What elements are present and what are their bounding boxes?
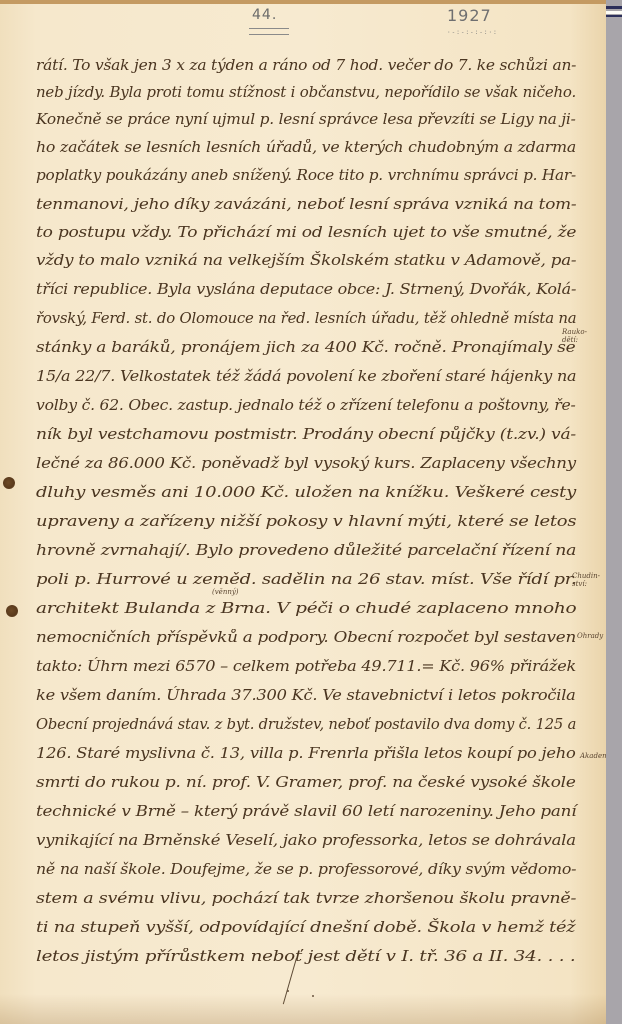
- text-line: 15/a 22/7. Velkostatek též žádá povolení…: [36, 369, 576, 385]
- page-top-edge: [0, 0, 606, 4]
- text-line: 126. Staré myslivna č. 13, villa p. Fren…: [36, 746, 576, 762]
- page-year-flourish: ·-:-:-:-:·:: [447, 29, 498, 36]
- text-line: lečné za 86.000 Kč. poněvadž byl vysoký …: [36, 456, 576, 472]
- text-line: tříci republice. Byla vyslána deputace o…: [36, 282, 576, 298]
- stray-ink-dot: [287, 990, 289, 992]
- text-line: vynikající na Brněnské Veselí, jako prof…: [36, 833, 576, 849]
- text-line: volby č. 62. Obec. zastup. jednalo též o…: [36, 398, 576, 414]
- stray-ink-dot: [312, 995, 314, 997]
- text-line: ník byl vestchamovu postmistr. Prodány o…: [36, 427, 576, 443]
- text-line: Konečně se práce nyní ujmul p. lesní spr…: [36, 112, 576, 128]
- text-line: architekt Bulanda z Brna. V péči o chudé…: [36, 601, 576, 617]
- text-line: řovský, Ferd. st. do Olomouce na řed. le…: [36, 311, 576, 327]
- text-line: to postupu vždy. To přichází mi od lesní…: [36, 225, 576, 241]
- text-line: takto: Úhrn mezi 6570 – celkem potřeba 4…: [36, 659, 576, 675]
- text-line: smrti do rukou p. ní. prof. V. Gramer, p…: [36, 775, 576, 791]
- binding-hole-icon: [6, 605, 18, 617]
- text-line: upraveny a zařízeny nižší pokosy v hlavn…: [36, 514, 576, 530]
- text-line: vždy to malo vzniká na velkejším Školské…: [36, 253, 576, 269]
- scanned-page: 44. 1927 ·-:-:-:-:·: rátí. To však jen 3…: [0, 0, 606, 1024]
- page-year: 1927: [447, 6, 492, 25]
- scanner-edge-mark: [606, 6, 622, 9]
- text-line: Obecní projednává stav. z byt. družstev,…: [36, 717, 576, 733]
- binding-hole-icon: [3, 477, 15, 489]
- margin-note: Rauko-dětí:: [562, 328, 602, 344]
- text-line: letos jistým přírůstkem neboť jest dětí …: [36, 949, 575, 965]
- margin-note: Ohrady: [577, 632, 605, 640]
- page-number: 44.: [252, 7, 277, 23]
- text-line: nemocničních příspěvků a podpory. Obecní…: [36, 630, 576, 646]
- text-line: tenmanovi, jeho díky zavázáni, neboť les…: [36, 197, 576, 213]
- text-line: rátí. To však jen 3 x za týden a ráno od…: [36, 58, 576, 74]
- text-line: ti na stupeň vyšší, odpovídající dnešní …: [36, 920, 575, 936]
- scanner-background-strip: [606, 0, 622, 1024]
- text-line: stem a svému vlivu, pochází tak tvrze zh…: [36, 891, 576, 907]
- text-line: technické v Brně – který právě slavil 60…: [36, 804, 576, 820]
- text-line: poli p. Hurrové u zeměd. sadělin na 26 s…: [36, 572, 577, 588]
- scanner-edge-mark: [606, 11, 622, 14]
- page-number-underline: [249, 28, 289, 35]
- scanner-edge-mark: [606, 15, 622, 17]
- inline-insertion-note: (věnný): [212, 588, 239, 596]
- text-line: hrovně zvrnahají/. Bylo provedeno důleži…: [36, 543, 576, 559]
- text-line: ně na naší škole. Doufejme, že se p. pro…: [36, 862, 576, 878]
- margin-note: Chudin-ství:: [572, 572, 606, 588]
- text-line: poplatky poukázány aneb snížený. Roce ti…: [36, 168, 576, 184]
- text-line: stánky a baráků, pronájem jich za 400 Kč…: [36, 340, 575, 356]
- text-line: ke všem daním. Úhrada 37.300 Kč. Ve stav…: [36, 688, 576, 704]
- text-line: dluhy vesměs ani 10.000 Kč. uložen na kn…: [36, 485, 576, 501]
- margin-note: Akademie: [580, 752, 606, 760]
- text-line: neb jízdy. Byla proti tomu stížnost i ob…: [36, 85, 576, 101]
- text-line: ho začátek se lesních lesních úřadů, ve …: [36, 140, 576, 156]
